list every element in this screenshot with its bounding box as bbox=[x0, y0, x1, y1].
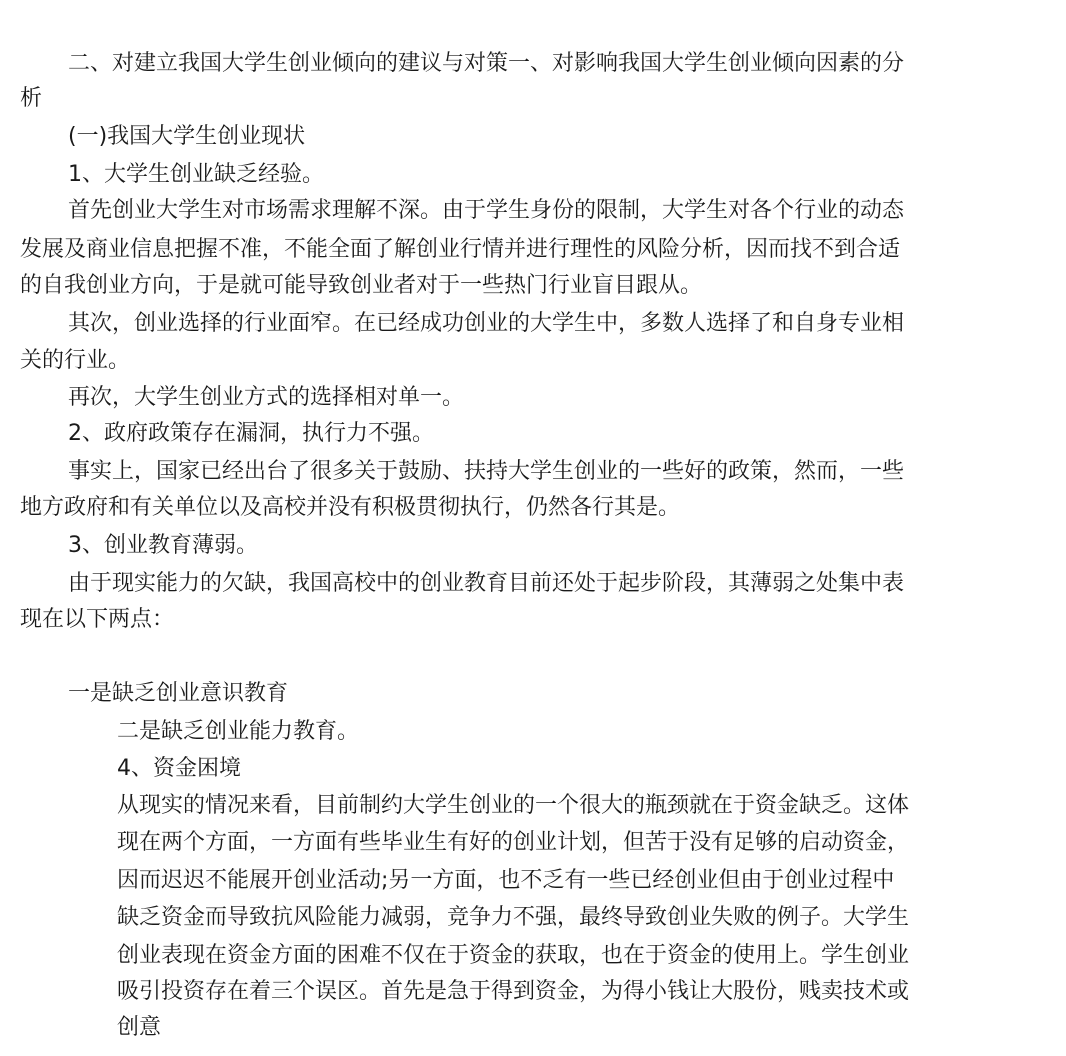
paragraph-line: 创意 bbox=[117, 1011, 161, 1045]
item-heading-1: 1、大学生创业缺乏经验。 bbox=[68, 158, 324, 192]
paragraph-line: 缺乏资金而导致抗风险能力减弱，竞争力不强，最终导致创业失败的例子。大学生 bbox=[117, 901, 909, 935]
paragraph-line: 发展及商业信息把握不准，不能全面了解创业行情并进行理性的风险分析，因而找不到合适 bbox=[20, 233, 900, 267]
paragraph-line: 的自我创业方向，于是就可能导致创业者对于一些热门行业盲目跟从。 bbox=[20, 269, 702, 303]
paragraph-line: 首先创业大学生对市场需求理解不深。由于学生身份的限制，大学生对各个行业的动态 bbox=[68, 194, 904, 228]
item-heading-3: 3、创业教育薄弱。 bbox=[68, 529, 258, 563]
point-one: 一是缺乏创业意识教育 bbox=[68, 677, 288, 711]
heading-section-2: 二、对建立我国大学生创业倾向的建议与对策一、对影响我国大学生创业倾向因素的分 bbox=[68, 47, 904, 81]
paragraph-line: 由于现实能力的欠缺，我国高校中的创业教育目前还处于起步阶段，其薄弱之处集中表 bbox=[68, 567, 904, 601]
item-heading-2: 2、政府政策存在漏洞，执行力不强。 bbox=[68, 417, 434, 451]
paragraph-line: 其次，创业选择的行业面窄。在已经成功创业的大学生中，多数人选择了和自身专业相 bbox=[68, 307, 904, 341]
heading-section-2-continued: 析 bbox=[20, 82, 42, 116]
paragraph-line: 地方政府和有关单位以及高校并没有积极贯彻执行，仍然各行其是。 bbox=[20, 491, 680, 525]
paragraph-line: 再次，大学生创业方式的选择相对单一。 bbox=[68, 381, 464, 415]
item-heading-4: 4、资金困境 bbox=[117, 752, 241, 786]
paragraph-line: 创业表现在资金方面的困难不仅在于资金的获取，也在于资金的使用上。学生创业 bbox=[117, 939, 909, 973]
document-page: 二、对建立我国大学生创业倾向的建议与对策一、对影响我国大学生创业倾向因素的分 析… bbox=[0, 0, 1066, 1056]
paragraph-line: 现在两个方面，一方面有些毕业生有好的创业计划，但苦于没有足够的启动资金， bbox=[117, 826, 909, 860]
subheading-current-status: (一)我国大学生创业现状 bbox=[68, 120, 305, 154]
paragraph-line: 吸引投资存在着三个误区。首先是急于得到资金，为得小钱让大股份，贱卖技术或 bbox=[117, 975, 909, 1009]
paragraph-line: 现在以下两点： bbox=[20, 603, 174, 637]
paragraph-line: 事实上，国家已经出台了很多关于鼓励、扶持大学生创业的一些好的政策，然而，一些 bbox=[68, 455, 904, 489]
paragraph-line: 因而迟迟不能展开创业活动;另一方面，也不乏有一些已经创业但由于创业过程中 bbox=[117, 864, 894, 898]
paragraph-line: 从现实的情况来看，目前制约大学生创业的一个很大的瓶颈就在于资金缺乏。这体 bbox=[117, 789, 909, 823]
paragraph-line: 关的行业。 bbox=[20, 344, 130, 378]
point-two: 二是缺乏创业能力教育。 bbox=[117, 715, 359, 749]
